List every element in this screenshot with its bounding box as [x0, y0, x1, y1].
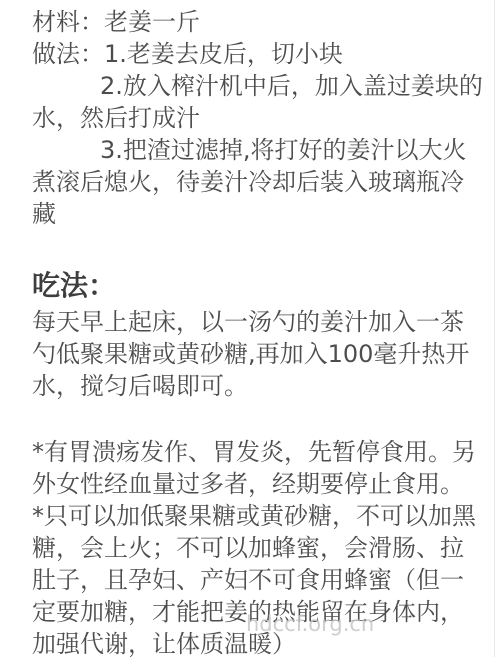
method-step-3-wrap2: 藏: [32, 198, 476, 230]
usage-line: 每天早上起床，以一汤勺的姜汁加入一茶: [32, 306, 476, 338]
usage-line: 水，搅匀后喝即可。: [32, 370, 476, 402]
note-line: 外女性经血量过多者，经期要停止食用。: [32, 468, 476, 500]
right-edge-line: [494, 0, 495, 657]
notes-section: *有胃溃疡发作、胃发炎，先暂停食用。另 外女性经血量过多者，经期要停止食用。 *…: [32, 436, 476, 657]
recipe-document: 材料：老姜一斤 做法：1.老姜去皮后，切小块 2.放入榨汁机中后，加入盖过姜块的…: [0, 0, 500, 657]
note-line: 糖，会上火；不可以加蜂蜜，会滑肠、拉: [32, 532, 476, 564]
recipe-section: 材料：老姜一斤 做法：1.老姜去皮后，切小块 2.放入榨汁机中后，加入盖过姜块的…: [32, 6, 476, 230]
materials-line: 材料：老姜一斤: [32, 6, 476, 38]
usage-section: 每天早上起床，以一汤勺的姜汁加入一茶 勺低聚果糖或黄砂糖,再加入100毫升热开 …: [32, 306, 476, 402]
note-line: 加强代谢，让体质温暖）: [32, 628, 476, 657]
note-line: 定要加糖，才能把姜的热能留在身体内，: [32, 596, 476, 628]
usage-heading: 吃法：: [32, 266, 476, 306]
method-step-1: 做法：1.老姜去皮后，切小块: [32, 38, 476, 70]
note-line: *只可以加低聚果糖或黄砂糖，不可以加黑: [32, 500, 476, 532]
method-step-3: 3.把渣过滤掉,将打好的姜汁以大火: [32, 134, 476, 166]
method-step-2-wrap: 水，然后打成汁: [32, 102, 476, 134]
method-step-3-wrap: 煮滚后熄火，待姜汁冷却后装入玻璃瓶冷: [32, 166, 476, 198]
note-line: *有胃溃疡发作、胃发炎，先暂停食用。另: [32, 436, 476, 468]
note-line: 肚子，且孕妇、产妇不可食用蜂蜜（但一: [32, 564, 476, 596]
method-step-2: 2.放入榨汁机中后，加入盖过姜块的: [32, 70, 476, 102]
usage-line: 勺低聚果糖或黄砂糖,再加入100毫升热开: [32, 338, 476, 370]
